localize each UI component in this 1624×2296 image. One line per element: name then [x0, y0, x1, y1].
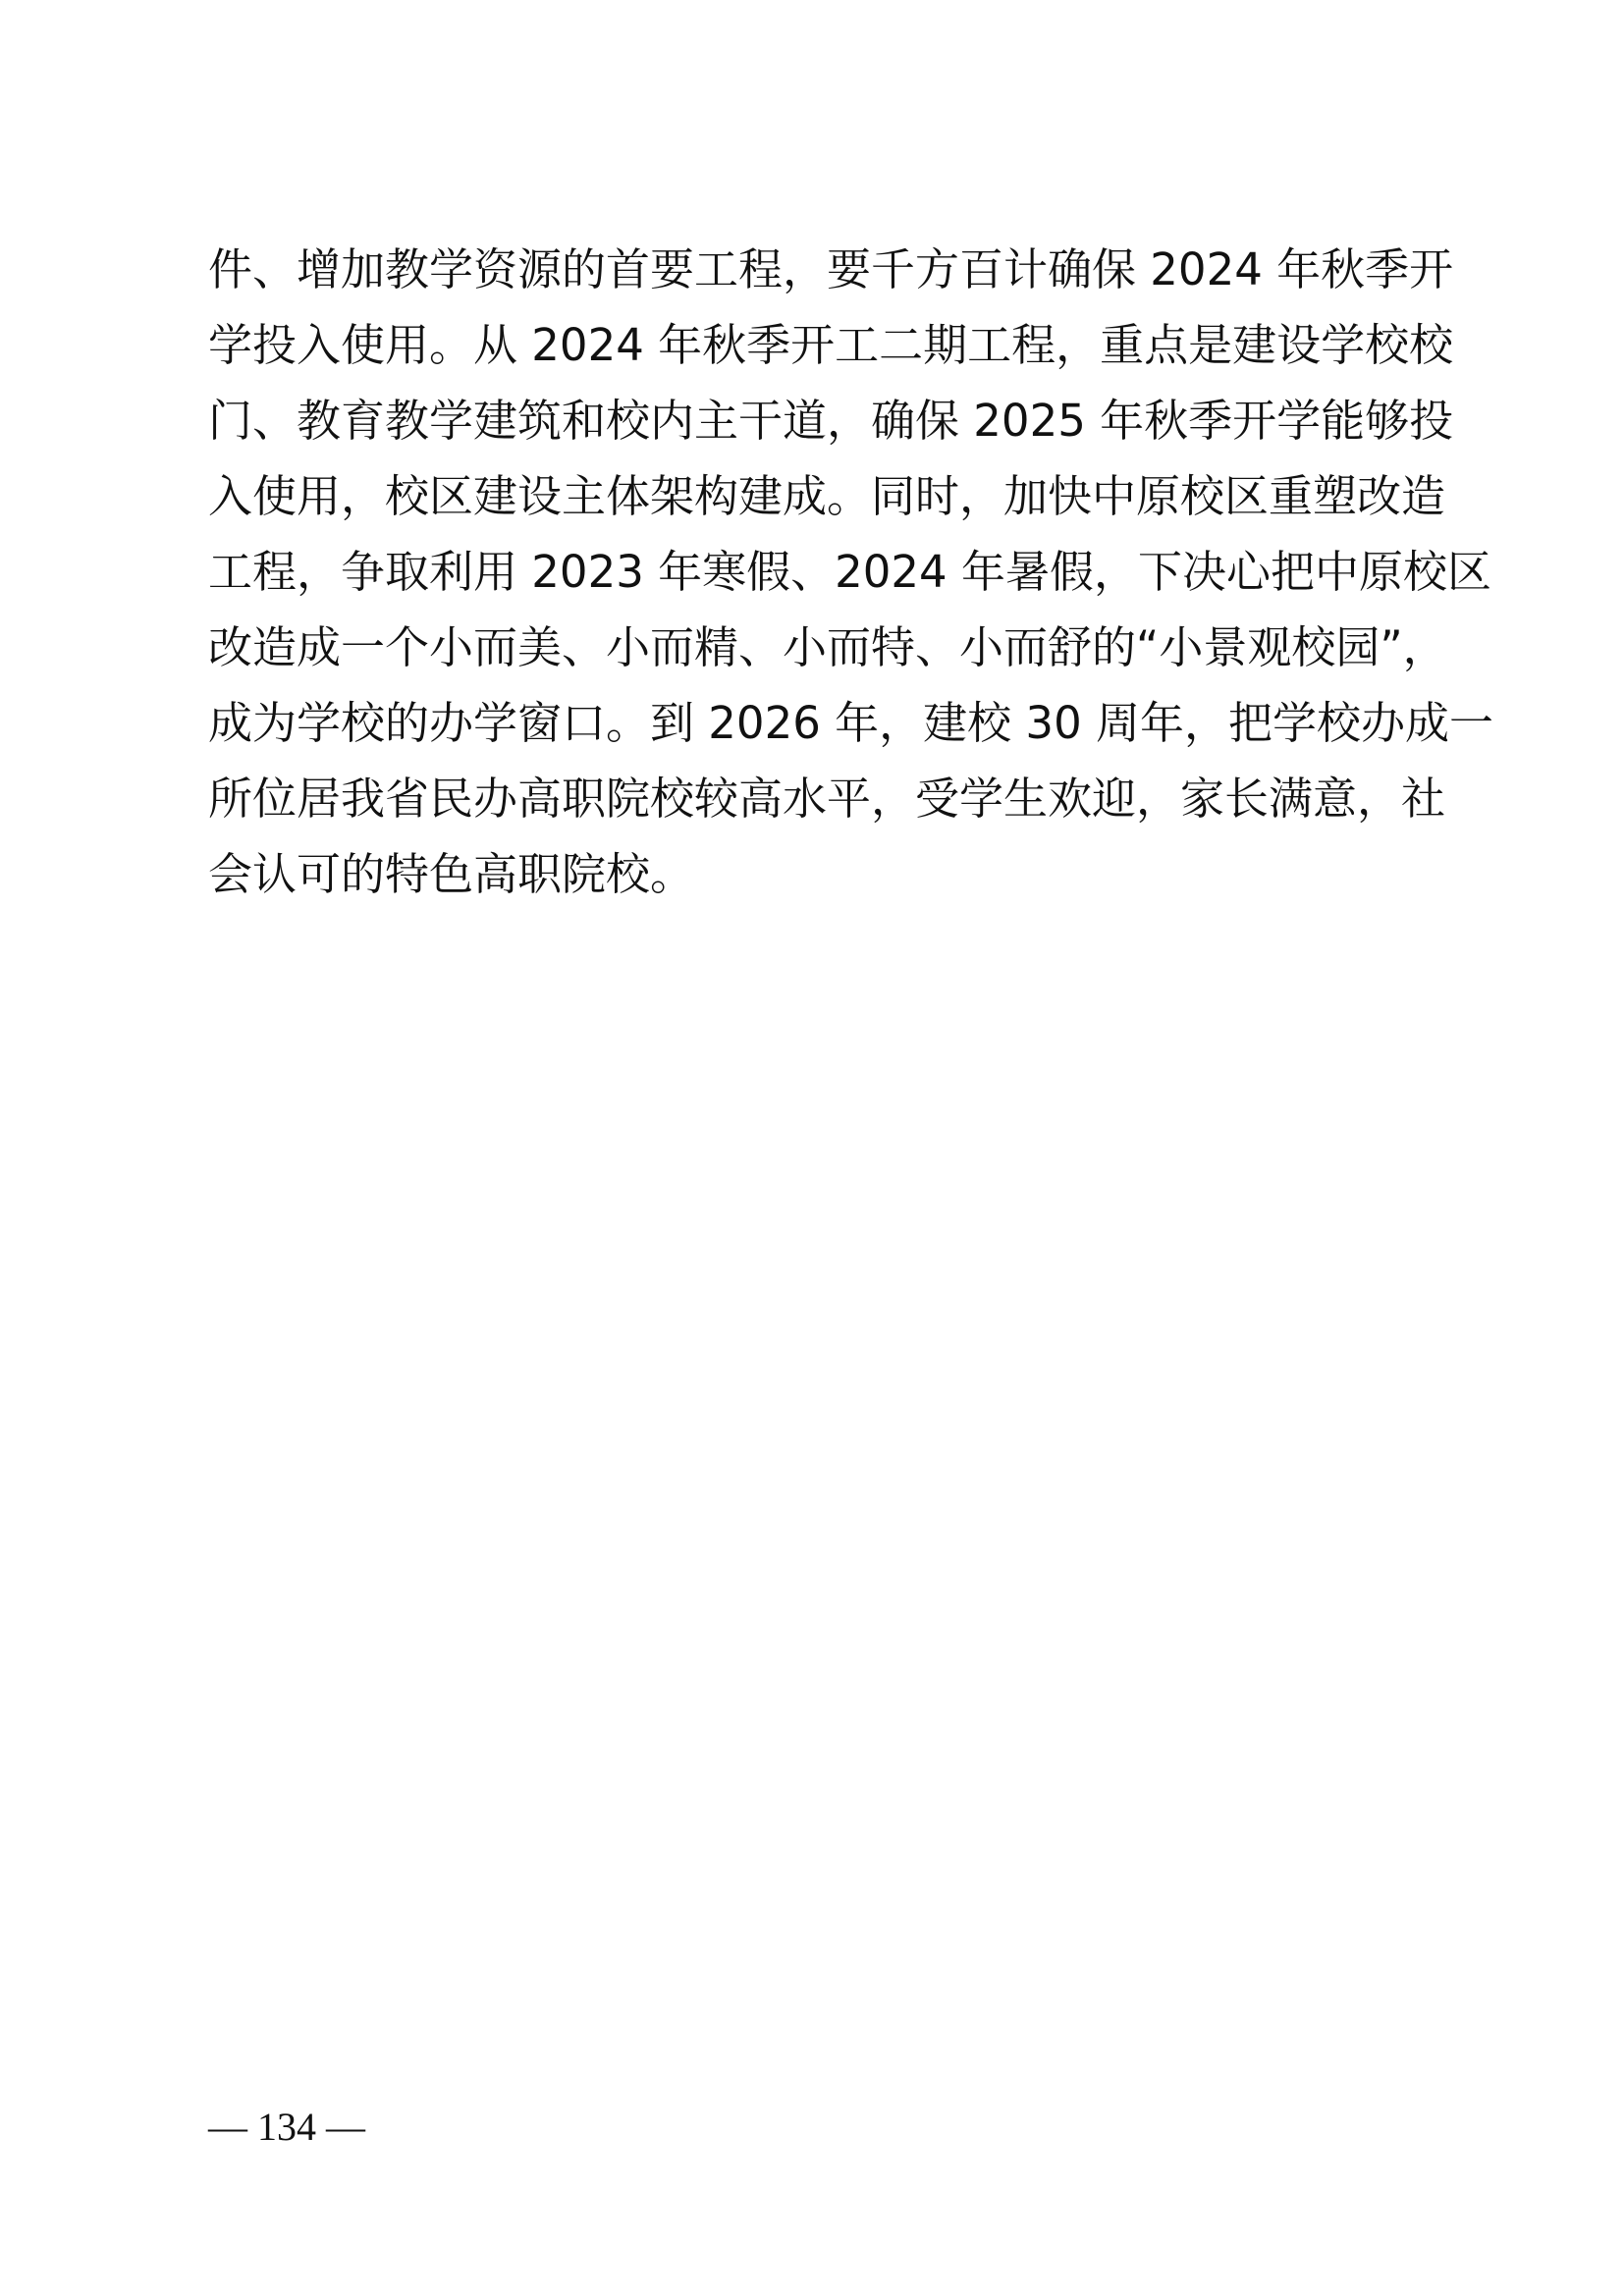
- paragraph-line-7: 成为学校的办学窗口。到 2026 年，建校 30 周年，把学校办成一: [208, 685, 1431, 761]
- paragraph-line-3: 门、教育教学建筑和校内主干道，确保 2025 年秋季开学能够投: [208, 383, 1431, 458]
- paragraph-line-1: 件、增加教学资源的首要工程，要千方百计确保 2024 年秋季开: [208, 232, 1431, 307]
- body-paragraph: 件、增加教学资源的首要工程，要千方百计确保 2024 年秋季开 学投入使用。从 …: [208, 232, 1431, 912]
- page-number: — 134 —: [208, 2103, 365, 2152]
- paragraph-line-9: 会认可的特色高职院校。: [208, 836, 1431, 912]
- paragraph-line-5: 工程，争取利用 2023 年寒假、2024 年暑假，下决心把中原校区: [208, 534, 1431, 610]
- paragraph-line-2: 学投入使用。从 2024 年秋季开工二期工程，重点是建设学校校: [208, 307, 1431, 383]
- paragraph-line-6: 改造成一个小而美、小而精、小而特、小而舒的“小景观校园”，: [208, 610, 1431, 685]
- paragraph-line-8: 所位居我省民办高职院校较高水平，受学生欢迎，家长满意，社: [208, 761, 1431, 836]
- document-page: 件、增加教学资源的首要工程，要千方百计确保 2024 年秋季开 学投入使用。从 …: [0, 0, 1624, 2296]
- paragraph-line-4: 入使用，校区建设主体架构建成。同时，加快中原校区重塑改造: [208, 458, 1431, 534]
